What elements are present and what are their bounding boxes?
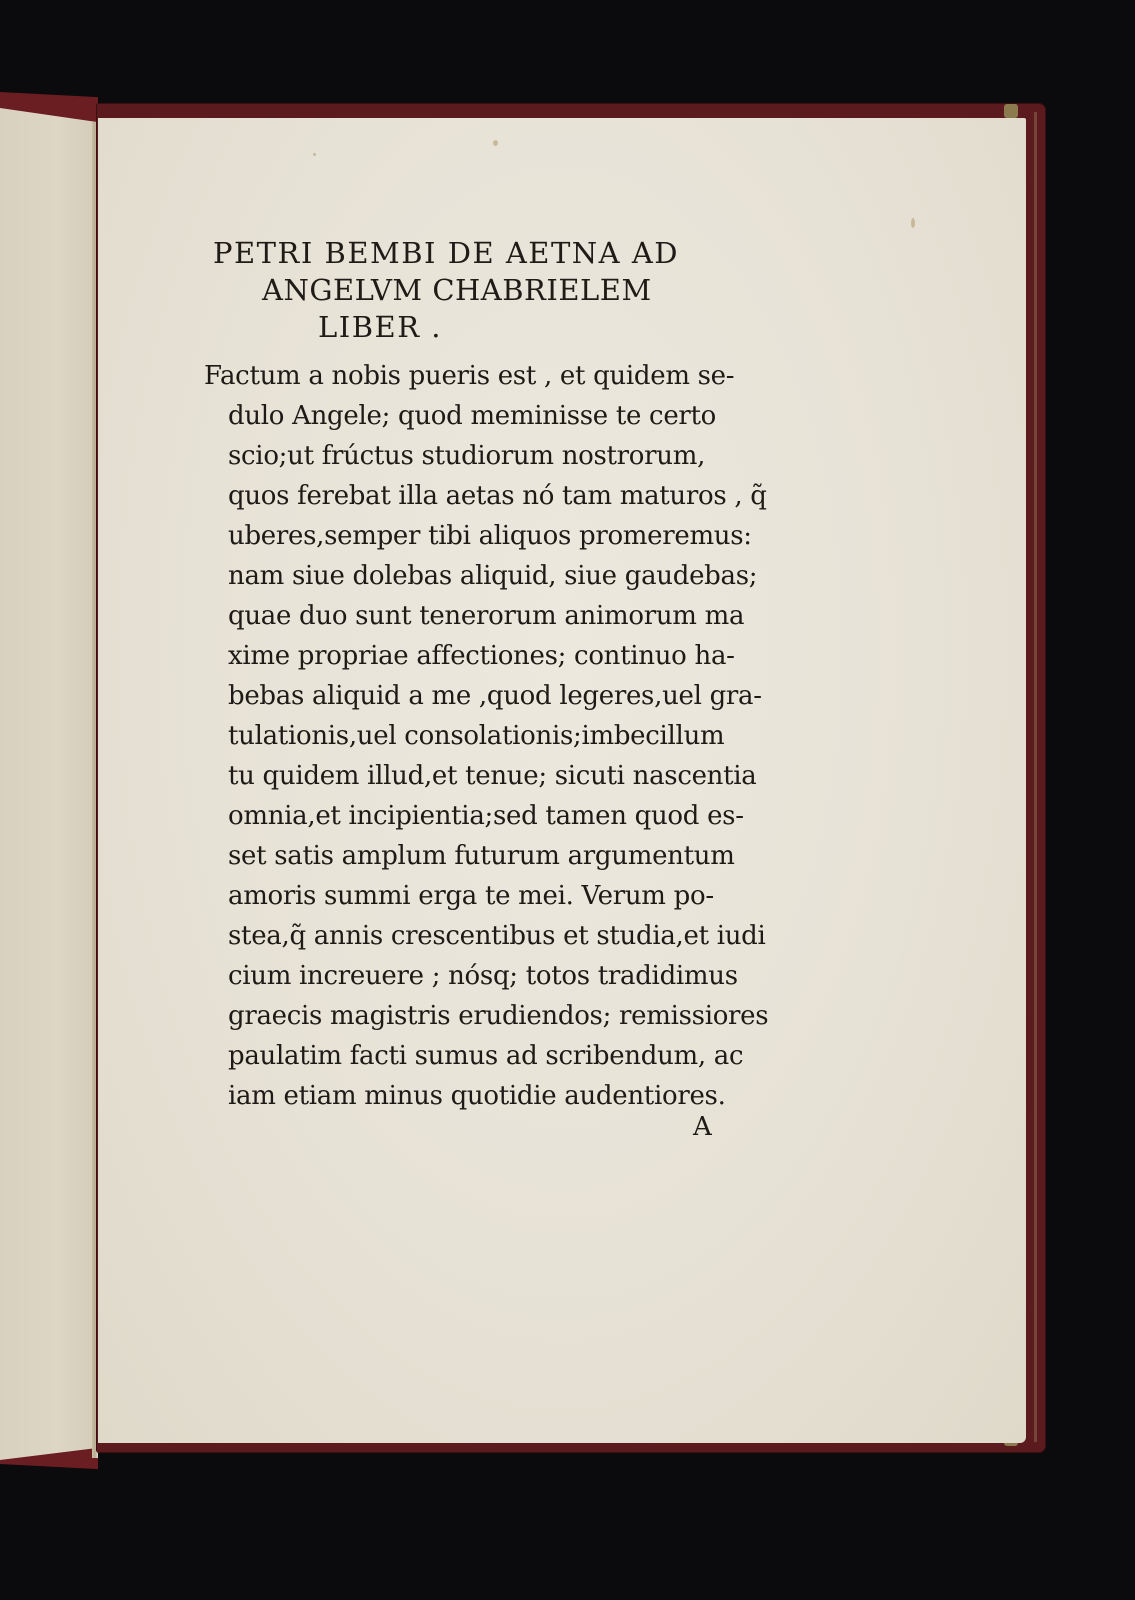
- text-line: tu quidem illud,et tenue; sicuti nascent…: [204, 756, 764, 796]
- body-paragraph: Factum a nobis pueris est , et quidem se…: [204, 356, 764, 1116]
- text-line: quos ferebat illa aetas nó tam maturos ,…: [204, 476, 764, 516]
- text-line: uberes,semper tibi aliquos promeremus:: [204, 516, 764, 556]
- text-line: graecis magistris erudiendos; remissiore…: [204, 996, 764, 1036]
- paper-foxing: [493, 140, 498, 146]
- paper-foxing: [911, 218, 915, 228]
- signature-mark: A: [693, 1112, 712, 1142]
- text-line: quae duo sunt tenerorum animorum ma: [204, 596, 764, 636]
- heading-line-1: PETRI BEMBI DE AETNA AD: [0, 235, 760, 272]
- text-line: paulatim facti sumus ad scribendum, ac: [204, 1036, 764, 1076]
- text-line: set satis amplum futurum argumentum: [204, 836, 764, 876]
- text-line: tulationis,uel consolationis;imbecillum: [204, 716, 764, 756]
- text-line: omnia,et incipientia;sed tamen quod es-: [204, 796, 764, 836]
- text-line: cium increuere ; nósq; totos tradidimus: [204, 956, 764, 996]
- text-line: bebas aliquid a me ,quod legeres,uel gra…: [204, 676, 764, 716]
- text-line: dulo Angele; quod meminisse te certo: [204, 396, 764, 436]
- text-line: xime propriae affectiones; continuo ha-: [204, 636, 764, 676]
- text-line: Factum a nobis pueris est , et quidem se…: [204, 356, 764, 396]
- book-photograph: PETRI BEMBI DE AETNA AD ANGELVM CHABRIEL…: [0, 0, 1135, 1600]
- heading-line-2: ANGELVM CHABRIELEM: [0, 272, 760, 309]
- text-line: stea,q̃ annis crescentibus et studia,et …: [204, 916, 764, 956]
- text-line: iam etiam minus quotidie audentiores.: [204, 1076, 764, 1116]
- heading-line-3: LIBER .: [0, 309, 760, 346]
- text-line: amoris summi erga te mei. Verum po-: [204, 876, 764, 916]
- paper-foxing: [313, 153, 316, 156]
- title-heading: PETRI BEMBI DE AETNA AD ANGELVM CHABRIEL…: [0, 235, 760, 346]
- text-line: scio;ut frúctus studiorum nostrorum,: [204, 436, 764, 476]
- text-line: nam siue dolebas aliquid, siue gaudebas;: [204, 556, 764, 596]
- binding-corner-top: [1004, 104, 1018, 118]
